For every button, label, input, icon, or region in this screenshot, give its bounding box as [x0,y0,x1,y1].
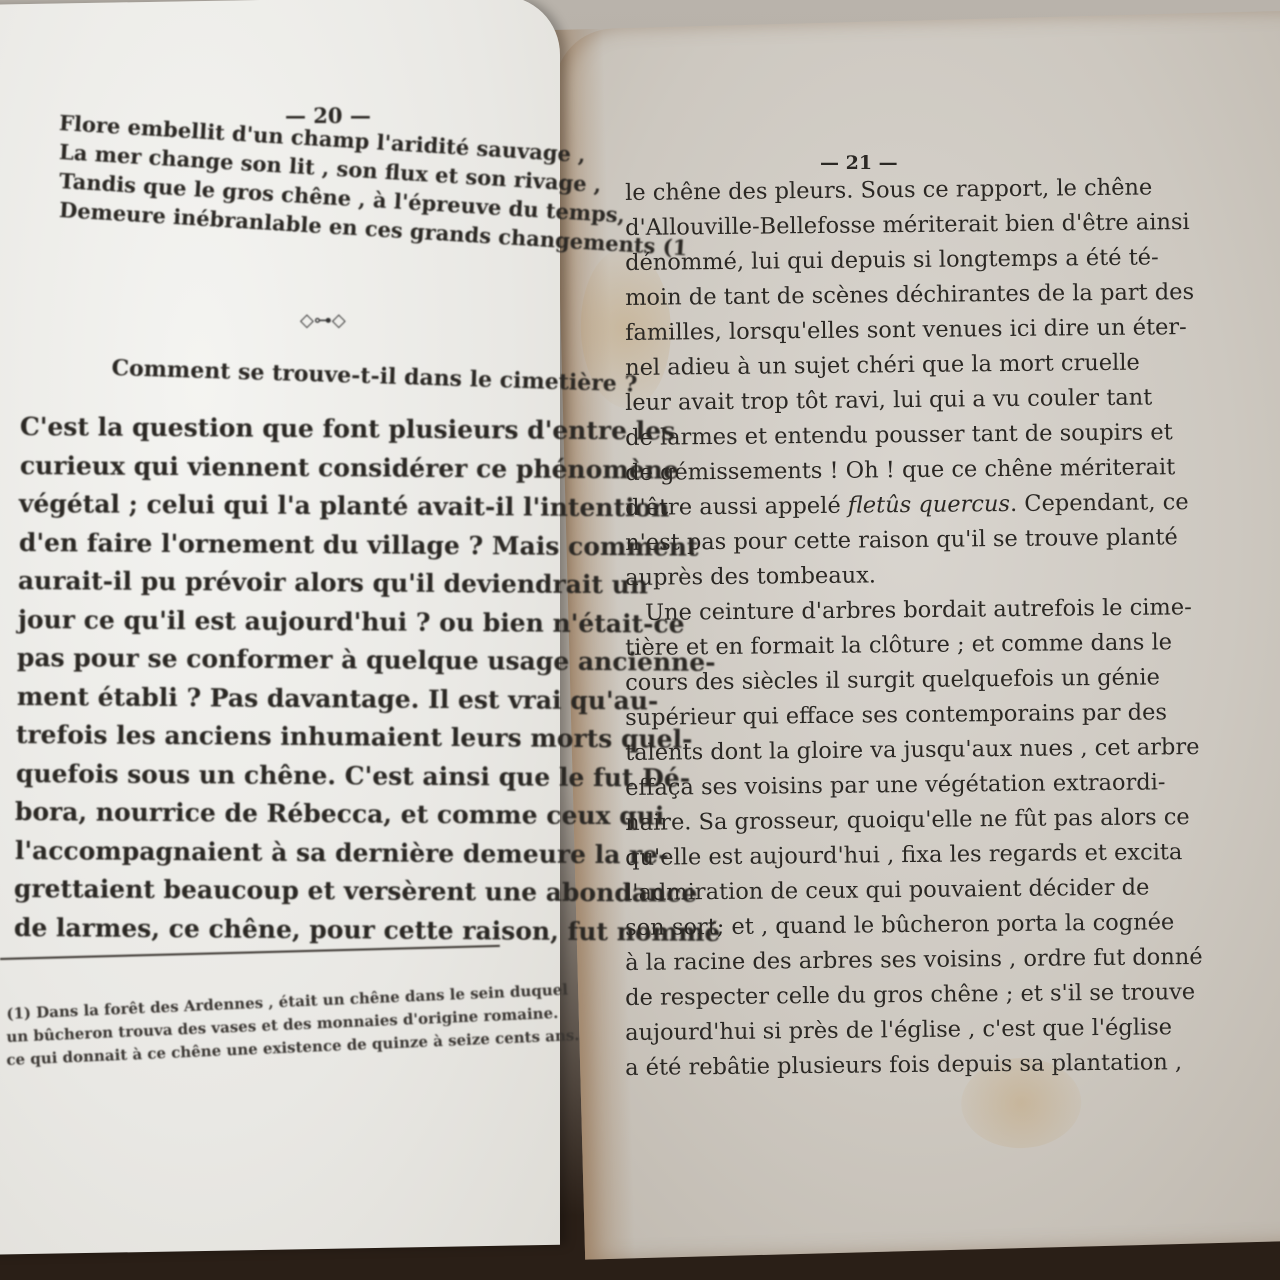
body-line: bora, nourrice de Rébecca, et comme ceux… [15,797,665,831]
body-line: l'admiration de ceux qui pouvaient décid… [625,875,1150,906]
body-line: dénommé, lui qui depuis si longtemps a é… [625,244,1159,276]
body-line: curieux qui viennent considérer ce phéno… [19,451,678,485]
body-line: leur avait trop tôt ravi, lui qui a vu c… [625,384,1152,416]
body-line: aurait-il pu prévoir alors qu'il deviend… [18,566,648,599]
body-line: auprès des tombeaux. [625,562,876,591]
body-line: trefois les anciens inhumaient leurs mor… [16,720,693,754]
body-line: ment établi ? Pas davantage. Il est vrai… [16,682,658,715]
ornament-divider: ◇⊶◇ [300,310,346,331]
body-line: le chêne des pleurs. Sous ce rapport, le… [625,174,1152,206]
body-line: C'est la question que font plusieurs d'e… [20,412,676,446]
body-line: végétal ; celui qui l'a planté avait-il … [19,489,670,523]
body-line: d'en faire l'ornement du village ? Mais … [18,528,698,562]
body-line: pas pour se conformer à quelque usage an… [17,643,716,677]
body-line: de larmes, ce chêne, pour cette raison, … [13,913,720,947]
body-line: jour ce qu'il est aujourd'hui ? ou bien … [17,605,684,639]
body-line: quefois sous un chêne. C'est ainsi que l… [15,759,689,793]
page-number-21: — 21 — [820,152,898,174]
text-span: . Cependant, ce [1010,489,1189,517]
body-line: l'accompagnaient à sa dernière demeure l… [14,836,668,870]
body-line: nel adieu à un sujet chéri que la mort c… [625,350,1140,381]
body-line: grettaient beaucoup et versèrent une abo… [14,874,698,908]
latin-phrase: fletûs quercus [848,491,1010,519]
